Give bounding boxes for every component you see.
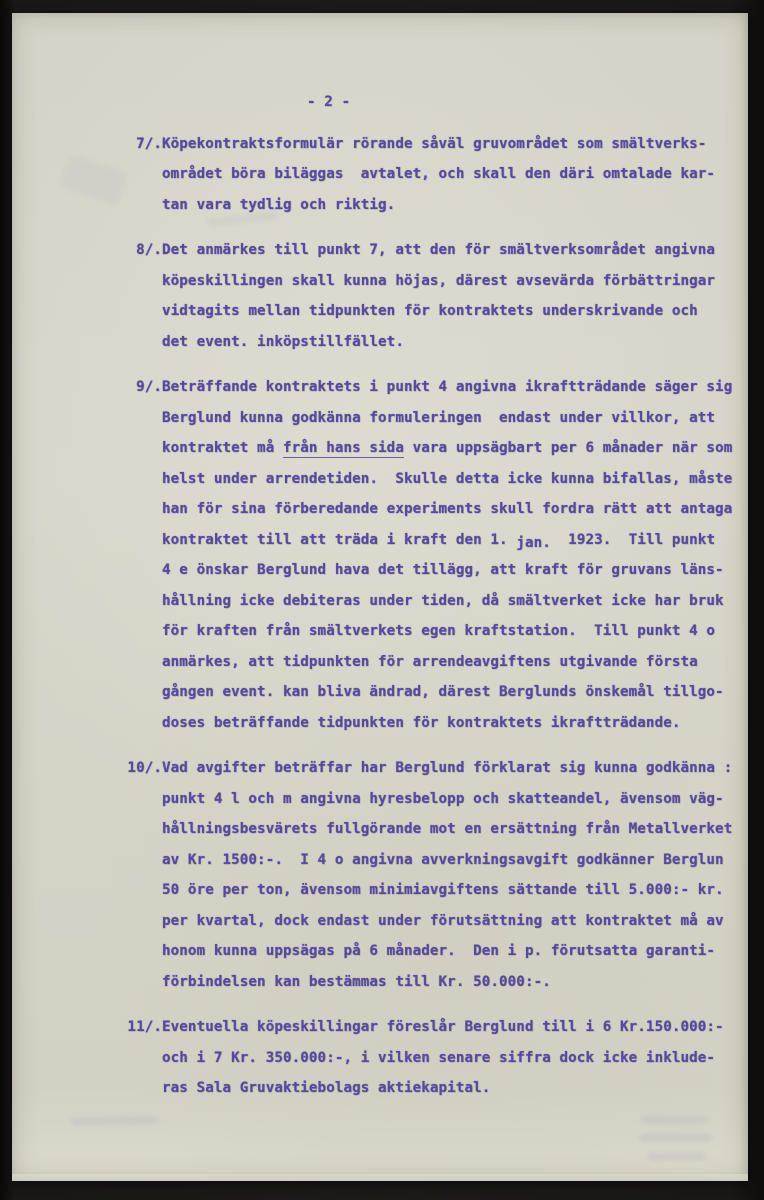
paragraph-7: 7/. Köpekontraktsformulär rörande såväl … (12, 129, 748, 221)
text-line: Eventuella köpeskillingar föreslår Bergl… (162, 1012, 748, 1043)
paragraph-body: Köpekontraktsformulär rörande såväl gruv… (162, 129, 748, 221)
paragraph-body: Vad avgifter beträffar har Berglund förk… (162, 753, 748, 997)
text-line: Vad avgifter beträffar har Berglund förk… (162, 753, 748, 784)
underlined-phrase: från hans sida (283, 440, 404, 458)
paragraph-11: 11/. Eventuella köpeskillingar föreslår … (12, 1012, 748, 1104)
text-line: av Kr. 1500:-. I 4 o angivna avverknings… (162, 845, 748, 876)
text-line: det event. inköpstillfället. (162, 327, 748, 358)
text-line: per kvartal, dock endast under förutsätt… (162, 906, 748, 937)
text-line: doses beträffande tidpunkten för kontrak… (162, 708, 748, 739)
text-line: 50 öre per ton, ävensom minimiavgiftens … (162, 875, 748, 906)
text-line: Berglund kunna godkänna formuleringen en… (162, 403, 748, 434)
text-line: 4 e önskar Berglund hava det tillägg, at… (162, 555, 748, 586)
text-line: området böra biläggas avtalet, och skall… (162, 159, 748, 190)
paragraph-9: 9/. Beträffande kontraktets i punkt 4 an… (12, 372, 748, 738)
paragraph-body: Eventuella köpeskillingar föreslår Bergl… (162, 1012, 748, 1104)
text-line: ras Sala Gruvaktiebolags aktiekapital. (162, 1073, 748, 1104)
bleed-through-mark (640, 1134, 712, 1141)
text-line: han för sina förberedande experiments sk… (162, 494, 748, 525)
text-line: köpeskillingen skall kunna höjas, därest… (162, 266, 748, 297)
paragraph-10: 10/. Vad avgifter beträffar har Berglund… (12, 753, 748, 997)
text-segment: kontraktet till att träda i kraft den 1. (162, 532, 516, 548)
text-line-with-date: kontraktet till att träda i kraft den 1.… (162, 525, 748, 556)
text-line: honom kunna uppsägas på 6 månader. Den i… (162, 936, 748, 967)
text-line: för kraften från smältverkets egen kraft… (162, 616, 748, 647)
paragraph-number: 9/. (116, 372, 162, 403)
text-line: tan vara tydlig och riktig. (162, 190, 748, 221)
text-line: helst under arrendetiden. Skulle detta i… (162, 464, 748, 495)
paragraph-number: 8/. (116, 235, 162, 266)
lowered-text: jan. (516, 528, 551, 559)
paragraph-body: Det anmärkes till punkt 7, att den för s… (162, 235, 748, 357)
paragraph-8: 8/. Det anmärkes till punkt 7, att den f… (12, 235, 748, 357)
text-line: Köpekontraktsformulär rörande såväl gruv… (162, 129, 748, 160)
text-line: förbindelsen kan bestämmas till Kr. 50.0… (162, 967, 748, 998)
text-segment: kontraktet må (162, 440, 283, 456)
text-segment: 1923. Till punkt (551, 532, 715, 548)
text-line: gången event. kan bliva ändrad, därest B… (162, 677, 748, 708)
scan-background: - 2 - 7/. Köpekontraktsformulär rörande … (0, 0, 764, 1200)
paragraph-body: Beträffande kontraktets i punkt 4 angivn… (162, 372, 748, 738)
text-line: vidtagits mellan tidpunkten för kontrakt… (162, 296, 748, 327)
text-segment: vara uppsägbart per 6 månader när som (404, 440, 732, 456)
text-line: anmärkes, att tidpunkten för arrendeavgi… (162, 647, 748, 678)
text-line: och i 7 Kr. 350.000:-, i vilken senare s… (162, 1043, 748, 1074)
page-number: - 2 - (307, 87, 748, 118)
document-page: - 2 - 7/. Köpekontraktsformulär rörande … (12, 13, 748, 1181)
text-line: Beträffande kontraktets i punkt 4 angivn… (162, 372, 748, 403)
paragraph-number: 7/. (116, 129, 162, 160)
paragraph-number: 11/. (116, 1012, 162, 1043)
text-line: punkt 4 l och m angivna hyresbelopp och … (162, 784, 748, 815)
text-line: hållning icke debiteras under tiden, då … (162, 586, 748, 617)
text-line-with-underline: kontraktet må från hans sida vara uppsäg… (162, 433, 748, 464)
page-content: - 2 - 7/. Köpekontraktsformulär rörande … (12, 13, 748, 1119)
paragraph-number: 10/. (116, 753, 162, 784)
bleed-through-mark (648, 1153, 706, 1160)
text-line: hållningsbesvärets fullgörande mot en er… (162, 814, 748, 845)
text-line: Det anmärkes till punkt 7, att den för s… (162, 235, 748, 266)
